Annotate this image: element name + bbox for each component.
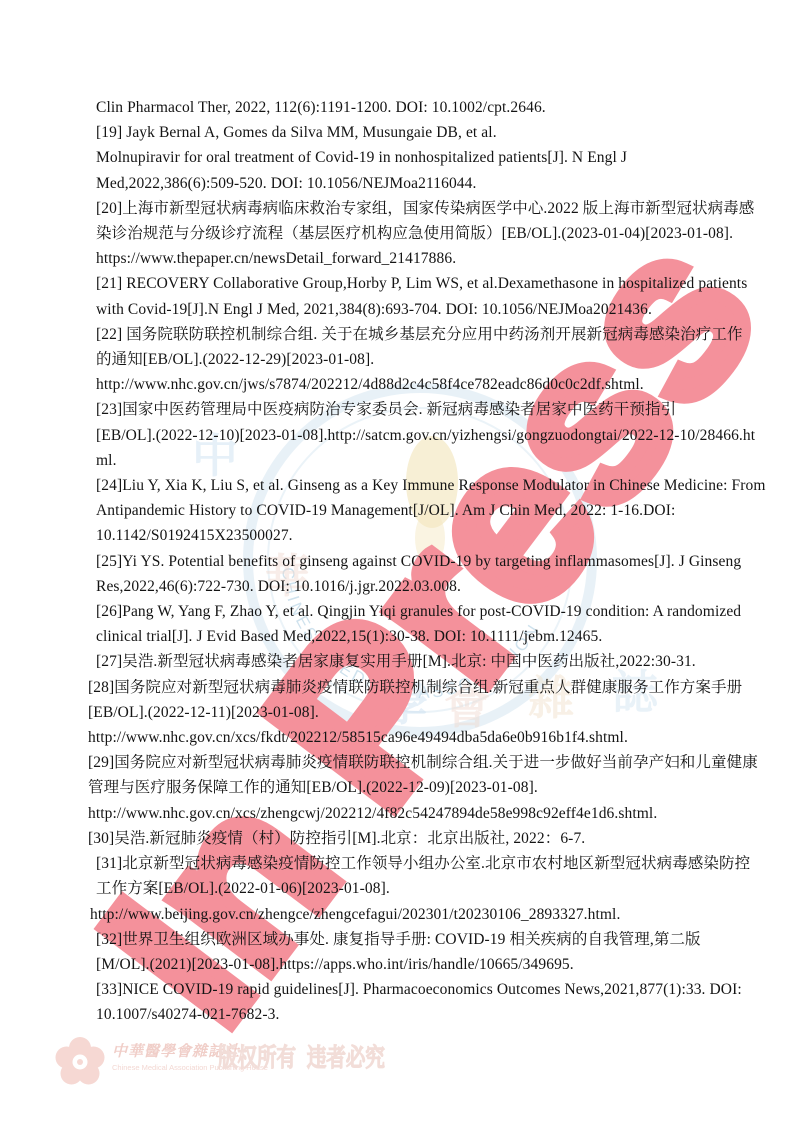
reference-line: 10.1142/S0192415X23500027. [0,523,793,548]
plum-blossom-logo-icon [52,1034,108,1090]
manuscript-page: CHINESE MEDICAL ASSOCIATION 中 華 學 會 雜 誌 … [0,0,793,1122]
reference-line: [32]世界卫生组织欧洲区域办事处. 康复指导手册: COVID-19 相关疾病… [0,927,793,952]
reference-line: [28]国务院应对新型冠状病毒肺炎疫情联防联控机制综合组.新冠重点人群健康服务工… [0,675,793,700]
copyright-text-2: 违者必究 [307,1044,385,1072]
reference-line: 管理与医疗服务保障工作的通知[EB/OL].(2022-12-09)[2023-… [0,775,793,800]
reference-line: clinical trial[J]. J Evid Based Med,2022… [0,624,793,649]
reference-line: [29]国务院应对新型冠状病毒肺炎疫情联防联控机制综合组.关于进一步做好当前孕产… [0,750,793,775]
reference-line: 染诊治规范与分级诊疗流程（基层医疗机构应急使用简版）[EB/OL].(2023-… [0,221,793,246]
reference-line: http://www.nhc.gov.cn/xcs/zhengcwj/20221… [0,801,793,826]
reference-line: [33]NICE COVID-19 rapid guidelines[J]. P… [0,977,793,1002]
reference-line: [25]Yi YS. Potential benefits of ginseng… [0,549,793,574]
reference-line: Molnupiravir for oral treatment of Covid… [0,145,793,170]
reference-line: [24]Liu Y, Xia K, Liu S, et al. Ginseng … [0,473,793,498]
reference-line: [21] RECOVERY Collaborative Group,Horby … [0,271,793,296]
reference-line: [30]吴浩.新冠肺炎疫情（村）防控指引[M].北京：北京出版社, 2022：6… [0,826,793,851]
reference-line: with Covid-19[J].N Engl J Med, 2021,384(… [0,297,793,322]
reference-line: [27]吴浩.新型冠状病毒感染者居家康复实用手册[M].北京: 中国中医药出版社… [0,649,793,674]
publisher-footer: 中華醫學會雜誌社 Chinese Medical Association Pub… [0,1030,793,1100]
reference-line: [M/OL].(2021)[2023-01-08].https://apps.w… [0,952,793,977]
reference-line: 工作方案[EB/OL].(2022-01-06)[2023-01-08]. [0,876,793,901]
reference-line: 的通知[EB/OL].(2022-12-29)[2023-01-08]. [0,347,793,372]
reference-line: [31]北京新型冠状病毒感染疫情防控工作领导小组办公室.北京市农村地区新型冠状病… [0,851,793,876]
reference-line: http://www.nhc.gov.cn/xcs/fkdt/202212/58… [0,725,793,750]
reference-line: Med,2022,386(6):509-520. DOI: 10.1056/NE… [0,171,793,196]
copyright-watermark: 版权所有违者必究 [218,1038,385,1074]
reference-line: [26]Pang W, Yang F, Zhao Y, et al. Qingj… [0,599,793,624]
reference-line: Res,2022,46(6):722-730. DOI: 10.1016/j.j… [0,574,793,599]
reference-line: http://www.beijing.gov.cn/zhengce/zhengc… [0,902,793,927]
copyright-text-1: 版权所有 [218,1044,296,1072]
reference-line: 10.1007/s40274-021-7682-3. [0,1002,793,1027]
references-list: Clin Pharmacol Ther, 2022, 112(6):1191-1… [0,95,793,1028]
reference-line: Clin Pharmacol Ther, 2022, 112(6):1191-1… [0,95,793,120]
reference-line: [20]上海市新型冠状病毒病临床救治专家组，国家传染病医学中心.2022 版上海… [0,196,793,221]
reference-line: http://www.nhc.gov.cn/jws/s7874/202212/4… [0,372,793,397]
reference-line: ml. [0,448,793,473]
reference-line: [EB/OL].(2022-12-10)[2023-01-08].http://… [0,423,793,448]
reference-line: [19] Jayk Bernal A, Gomes da Silva MM, M… [0,120,793,145]
reference-line: https://www.thepaper.cn/newsDetail_forwa… [0,246,793,271]
reference-line: Antipandemic History to COVID-19 Managem… [0,498,793,523]
reference-line: [23]国家中医药管理局中医疫病防治专家委员会. 新冠病毒感染者居家中医药干预指… [0,397,793,422]
reference-line: [EB/OL].(2022-12-11)[2023-01-08]. [0,700,793,725]
reference-line: [22] 国务院联防联控机制综合组. 关于在城乡基层充分应用中药汤剂开展新冠病毒… [0,322,793,347]
